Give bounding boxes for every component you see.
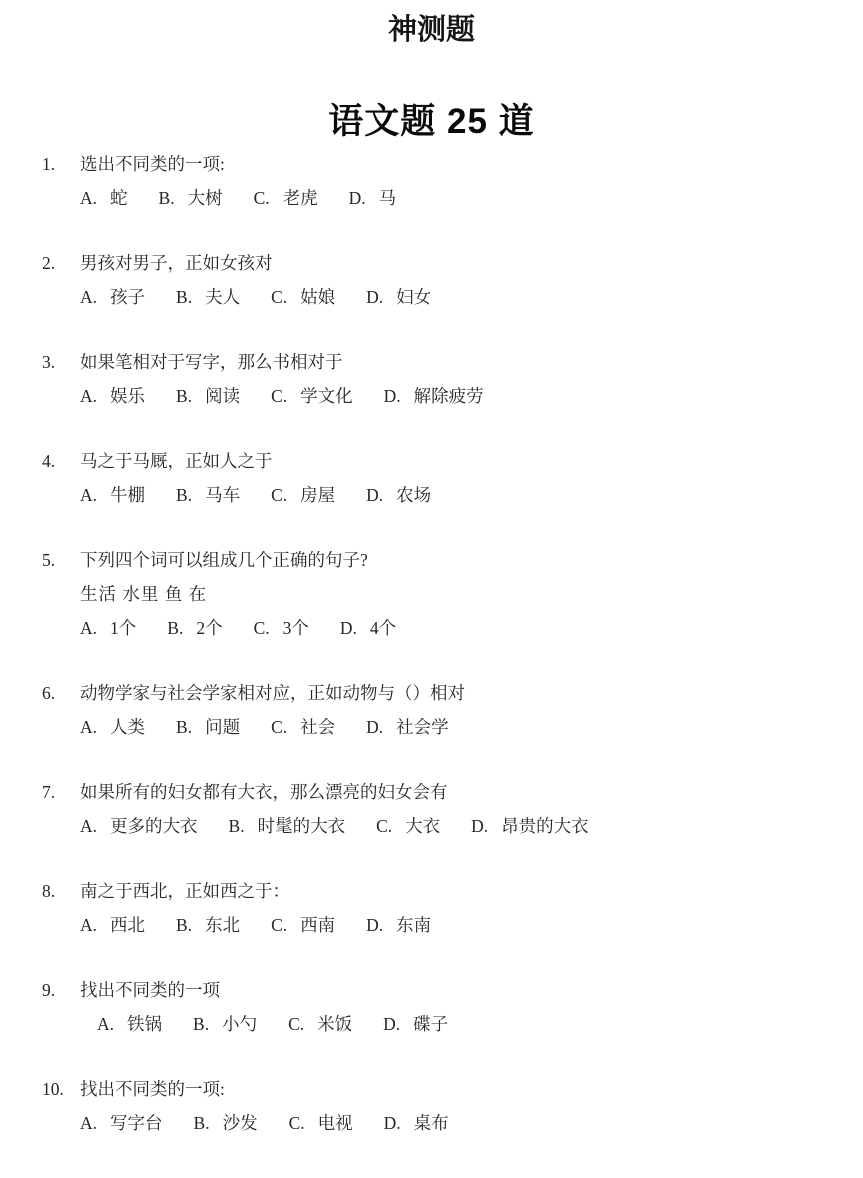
option-d: D.农场: [366, 478, 431, 512]
option-text: 解除疲劳: [414, 379, 484, 413]
option-b: B.东北: [176, 908, 240, 942]
option-letter: C.: [271, 908, 287, 942]
option-d: D.社会学: [366, 710, 449, 744]
option-a: A.1个: [80, 611, 136, 645]
option-letter: A.: [80, 478, 97, 512]
option-d: D.解除疲劳: [384, 379, 484, 413]
option-letter: C.: [271, 478, 287, 512]
options-row: A.人类B.问题C.社会D.社会学: [80, 710, 465, 744]
options-row: A.娱乐B.阅读C.学文化D.解除疲劳: [80, 379, 484, 413]
question-number: 3.: [42, 345, 80, 413]
option-text: 桌布: [414, 1106, 449, 1140]
option-letter: C.: [271, 280, 287, 314]
option-letter: B.: [229, 809, 245, 843]
option-b: B.问题: [176, 710, 240, 744]
option-a: A.娱乐: [80, 379, 145, 413]
option-c: C.姑娘: [271, 280, 335, 314]
option-letter: D.: [366, 908, 383, 942]
question-text: 动物学家与社会学家相对应，正如动物与（）相对: [80, 676, 465, 710]
option-d: D.碟子: [383, 1007, 448, 1041]
option-text: 马车: [205, 478, 240, 512]
option-b: B.小勺: [193, 1007, 257, 1041]
option-letter: A.: [80, 809, 97, 843]
question-text: 找出不同类的一项:: [80, 1072, 449, 1106]
section-title: 语文题 25 道: [0, 98, 863, 146]
option-b: B.沙发: [194, 1106, 258, 1140]
option-text: 写字台: [110, 1106, 163, 1140]
option-letter: B.: [194, 1106, 210, 1140]
option-letter: C.: [271, 710, 287, 744]
option-text: 小勺: [222, 1007, 257, 1041]
option-text: 马: [379, 181, 397, 215]
question-word-list: 生活 水里 鱼 在: [80, 577, 396, 611]
option-text: 4个: [370, 611, 396, 645]
option-b: B.大树: [159, 181, 223, 215]
option-a: A.写字台: [80, 1106, 163, 1140]
option-letter: C.: [271, 379, 287, 413]
option-text: 米饭: [317, 1007, 352, 1041]
option-b: B.夫人: [176, 280, 240, 314]
option-text: 孩子: [110, 280, 145, 314]
option-text: 西南: [300, 908, 335, 942]
option-text: 问题: [205, 710, 240, 744]
option-text: 大树: [188, 181, 223, 215]
question-number: 5.: [42, 543, 80, 645]
options-row: A.西北B.东北C.西南D.东南: [80, 908, 431, 942]
option-text: 碟子: [413, 1007, 448, 1041]
option-b: B.2个: [167, 611, 222, 645]
question-number: 6.: [42, 676, 80, 744]
option-text: 东南: [396, 908, 431, 942]
question-number: 10.: [42, 1072, 80, 1140]
option-letter: C.: [289, 1106, 305, 1140]
option-text: 2个: [196, 611, 222, 645]
option-letter: D.: [384, 1106, 401, 1140]
option-letter: D.: [366, 280, 383, 314]
option-letter: B.: [176, 280, 192, 314]
option-letter: D.: [366, 478, 383, 512]
option-letter: A.: [80, 280, 97, 314]
option-text: 农场: [396, 478, 431, 512]
question-item: 9. 找出不同类的一项 A.铁锅B.小勺C.米饭D.碟子: [42, 973, 833, 1041]
option-text: 更多的大衣: [110, 809, 198, 843]
option-letter: B.: [176, 710, 192, 744]
option-text: 西北: [110, 908, 145, 942]
options-row: A.牛棚B.马车C.房屋D.农场: [80, 478, 431, 512]
question-item: 3. 如果笔相对于写字，那么书相对于 A.娱乐B.阅读C.学文化D.解除疲劳: [42, 345, 833, 413]
option-c: C.房屋: [271, 478, 335, 512]
option-a: A.孩子: [80, 280, 145, 314]
question-item: 5. 下列四个词可以组成几个正确的句子? 生活 水里 鱼 在 A.1个B.2个C…: [42, 543, 833, 645]
option-letter: A.: [80, 710, 97, 744]
option-letter: B.: [193, 1007, 209, 1041]
option-letter: D.: [349, 181, 366, 215]
option-letter: A.: [80, 181, 97, 215]
option-letter: D.: [383, 1007, 400, 1041]
option-a: A.牛棚: [80, 478, 145, 512]
option-d: D.昂贵的大衣: [471, 809, 589, 843]
question-number: 9.: [42, 973, 80, 1041]
option-text: 昂贵的大衣: [501, 809, 589, 843]
option-a: A.铁锅: [97, 1007, 162, 1041]
question-item: 1. 选出不同类的一项: A.蛇B.大树C.老虎D.马: [42, 147, 833, 215]
options-row: A.1个B.2个C.3个D.4个: [80, 611, 396, 645]
option-text: 牛棚: [110, 478, 145, 512]
option-letter: B.: [176, 908, 192, 942]
option-c: C.米饭: [288, 1007, 352, 1041]
question-item: 2. 男孩对男子，正如女孩对 A.孩子B.夫人C.姑娘D.妇女: [42, 246, 833, 314]
option-text: 社会学: [396, 710, 449, 744]
options-row: A.孩子B.夫人C.姑娘D.妇女: [80, 280, 431, 314]
question-text: 下列四个词可以组成几个正确的句子?: [80, 543, 396, 577]
option-d: D.妇女: [366, 280, 431, 314]
question-item: 6. 动物学家与社会学家相对应，正如动物与（）相对 A.人类B.问题C.社会D.…: [42, 676, 833, 744]
option-text: 大衣: [405, 809, 440, 843]
option-c: C.社会: [271, 710, 335, 744]
option-text: 老虎: [283, 181, 318, 215]
question-text: 马之于马厩，正如人之于: [80, 444, 431, 478]
option-b: B.时髦的大衣: [229, 809, 346, 843]
option-text: 娱乐: [110, 379, 145, 413]
option-letter: A.: [97, 1007, 114, 1041]
option-d: D.东南: [366, 908, 431, 942]
option-text: 姑娘: [300, 280, 335, 314]
option-letter: B.: [176, 478, 192, 512]
question-text: 男孩对男子，正如女孩对: [80, 246, 431, 280]
question-number: 1.: [42, 147, 80, 215]
options-row: A.写字台B.沙发C.电视D.桌布: [80, 1106, 449, 1140]
option-c: C.3个: [254, 611, 309, 645]
option-a: A.西北: [80, 908, 145, 942]
option-letter: D.: [471, 809, 488, 843]
option-letter: C.: [288, 1007, 304, 1041]
option-c: C.电视: [289, 1106, 353, 1140]
question-item: 7. 如果所有的妇女都有大衣，那么漂亮的妇女会有 A.更多的大衣B.时髦的大衣C…: [42, 775, 833, 843]
option-text: 时髦的大衣: [258, 809, 346, 843]
option-d: D.马: [349, 181, 397, 215]
options-row: A.更多的大衣B.时髦的大衣C.大衣D.昂贵的大衣: [80, 809, 589, 843]
option-text: 蛇: [110, 181, 128, 215]
option-letter: A.: [80, 908, 97, 942]
option-b: B.阅读: [176, 379, 240, 413]
option-c: C.西南: [271, 908, 335, 942]
question-text: 如果所有的妇女都有大衣，那么漂亮的妇女会有: [80, 775, 589, 809]
option-text: 人类: [110, 710, 145, 744]
option-text: 学文化: [300, 379, 353, 413]
option-letter: A.: [80, 611, 97, 645]
question-text: 南之于西北，正如西之于：: [80, 874, 431, 908]
page-title: 神测题: [0, 8, 863, 52]
option-text: 阅读: [205, 379, 240, 413]
question-item: 4. 马之于马厩，正如人之于 A.牛棚B.马车C.房屋D.农场: [42, 444, 833, 512]
option-letter: C.: [376, 809, 392, 843]
option-text: 房屋: [300, 478, 335, 512]
question-list: 1. 选出不同类的一项: A.蛇B.大树C.老虎D.马 2. 男孩对男子，正如女…: [0, 147, 863, 1140]
option-letter: B.: [159, 181, 175, 215]
question-number: 4.: [42, 444, 80, 512]
option-c: C.老虎: [254, 181, 318, 215]
options-row: A.铁锅B.小勺C.米饭D.碟子: [97, 1007, 448, 1041]
option-d: D.4个: [340, 611, 396, 645]
option-letter: D.: [384, 379, 401, 413]
option-a: A.更多的大衣: [80, 809, 198, 843]
options-row: A.蛇B.大树C.老虎D.马: [80, 181, 396, 215]
option-a: A.蛇: [80, 181, 128, 215]
option-c: C.大衣: [376, 809, 440, 843]
option-letter: D.: [366, 710, 383, 744]
document-page: 神测题 语文题 25 道 1. 选出不同类的一项: A.蛇B.大树C.老虎D.马…: [0, 0, 863, 1178]
option-text: 妇女: [396, 280, 431, 314]
option-letter: A.: [80, 379, 97, 413]
question-number: 8.: [42, 874, 80, 942]
option-text: 3个: [283, 611, 309, 645]
option-letter: A.: [80, 1106, 97, 1140]
option-letter: D.: [340, 611, 357, 645]
question-text: 选出不同类的一项:: [80, 147, 396, 181]
option-letter: B.: [167, 611, 183, 645]
option-text: 社会: [300, 710, 335, 744]
option-d: D.桌布: [384, 1106, 449, 1140]
option-text: 沙发: [223, 1106, 258, 1140]
question-number: 7.: [42, 775, 80, 843]
question-item: 10. 找出不同类的一项: A.写字台B.沙发C.电视D.桌布: [42, 1072, 833, 1140]
question-text: 如果笔相对于写字，那么书相对于: [80, 345, 484, 379]
question-number: 2.: [42, 246, 80, 314]
option-text: 夫人: [205, 280, 240, 314]
question-text: 找出不同类的一项: [80, 973, 448, 1007]
option-text: 1个: [110, 611, 136, 645]
option-letter: C.: [254, 181, 270, 215]
option-b: B.马车: [176, 478, 240, 512]
option-text: 东北: [205, 908, 240, 942]
option-c: C.学文化: [271, 379, 353, 413]
option-text: 电视: [318, 1106, 353, 1140]
option-a: A.人类: [80, 710, 145, 744]
question-item: 8. 南之于西北，正如西之于： A.西北B.东北C.西南D.东南: [42, 874, 833, 942]
option-letter: C.: [254, 611, 270, 645]
option-letter: B.: [176, 379, 192, 413]
option-text: 铁锅: [127, 1007, 162, 1041]
